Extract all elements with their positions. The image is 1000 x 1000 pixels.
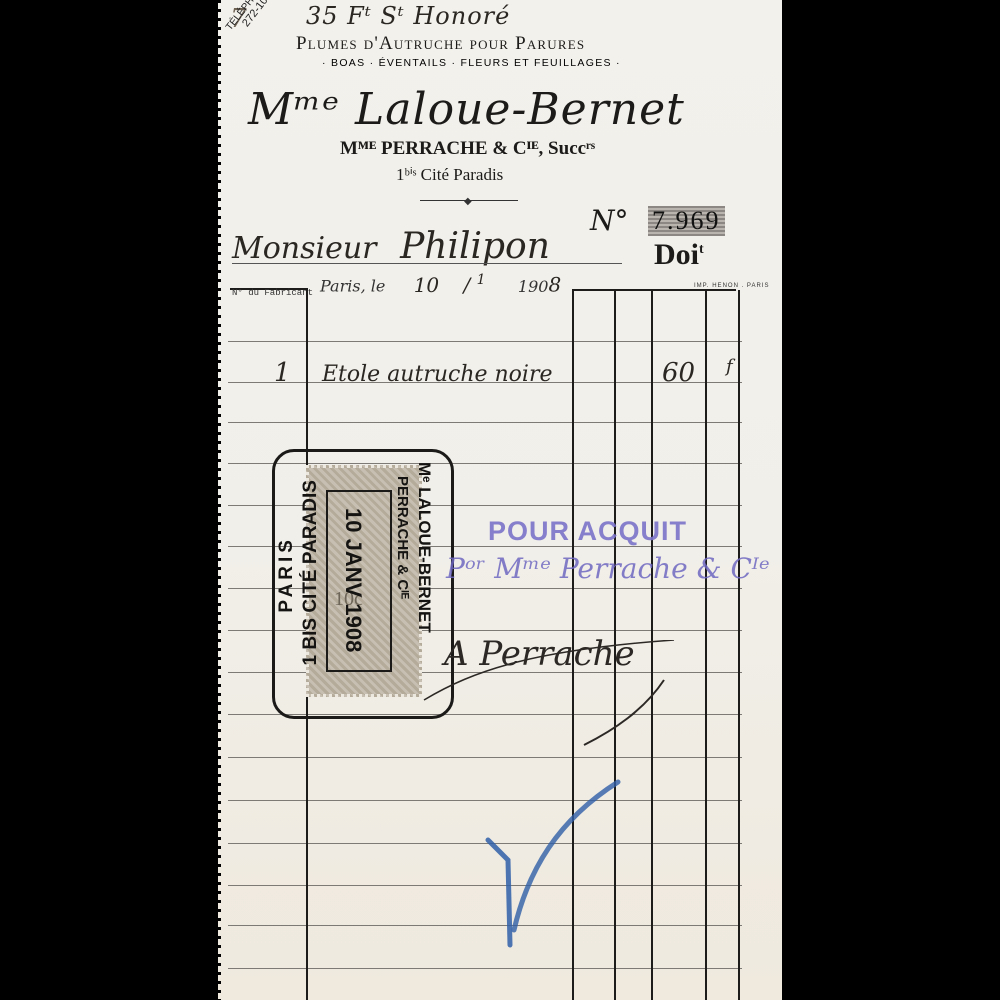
stamp-date: 10 JANV 1908 xyxy=(340,508,366,652)
merchant-address: 1ᵇⁱˢ Cité Paradis xyxy=(396,165,503,185)
fabricant-column-header: N° du Fabricant xyxy=(232,288,313,298)
date-year-handwritten: 8 xyxy=(548,273,561,297)
invoice-number: 7.969 xyxy=(648,206,725,236)
addressee: Monsieur Philipon xyxy=(232,226,550,267)
amount-header-rule xyxy=(572,289,736,291)
doit-text: Doi xyxy=(654,238,699,271)
date-prefix: Paris, le xyxy=(320,277,385,296)
addressee-prefix: Monsieur xyxy=(232,231,377,266)
doit-superscript: t xyxy=(699,242,704,257)
addressee-underline xyxy=(232,263,622,264)
item-quantity: 1 xyxy=(274,358,291,388)
invoice-date: Paris, le 10 / 1 1908 xyxy=(320,272,561,297)
acquit-company-signature: Pᵒʳ Mᵐᵉ Perrache & Cᴵᵉ xyxy=(446,552,770,585)
ornament-diamond-icon: ◆ xyxy=(464,196,472,207)
signature-flourish-icon xyxy=(414,640,714,750)
item-description: Etole autruche noire xyxy=(322,362,553,387)
perforated-edge xyxy=(218,0,221,1000)
invoice-paper: 7 35 Fᵗ Sᵗ Honoré TÉLÉPHONE 272-10 Plume… xyxy=(218,0,782,1000)
date-year-printed: 190 xyxy=(518,277,549,296)
successor-line: Mᴹᴱ PERRACHE & Cᴵᴱ, Succʳˢ xyxy=(340,138,595,160)
pour-acquit-stamp: POUR ACQUIT xyxy=(488,516,687,547)
date-month: 1 xyxy=(477,272,486,288)
stamp-address: 1 BIS CITÉ PARADIS xyxy=(300,480,322,665)
tagline-sub: · BOAS · ÉVENTAILS · FLEURS ET FEUILLAGE… xyxy=(322,57,621,69)
tagline-main: Plumes d'Autruche pour Parures xyxy=(296,33,585,55)
merchant-name: Mᵐᵉ Laloue-Bernet xyxy=(248,84,685,135)
date-day: 10 xyxy=(414,273,439,297)
item-unit: f xyxy=(726,356,733,377)
doit-label: Doit xyxy=(654,238,704,272)
stamp-merchant-name: Mᵉ LALOUE-BERNET xyxy=(414,462,434,633)
handwritten-address: 35 Fᵗ Sᵗ Honoré xyxy=(306,2,510,30)
amount-column-divider-5 xyxy=(738,290,740,1000)
item-amount: 60 xyxy=(662,358,695,388)
invoice-number-label: N° xyxy=(590,204,629,237)
stamp-successor: PERRACHE & Cᴵᴱ xyxy=(394,476,411,599)
addressee-name: Philipon xyxy=(400,226,550,267)
blue-check-mark-icon xyxy=(478,760,638,950)
stamp-city: PARIS xyxy=(276,536,298,613)
